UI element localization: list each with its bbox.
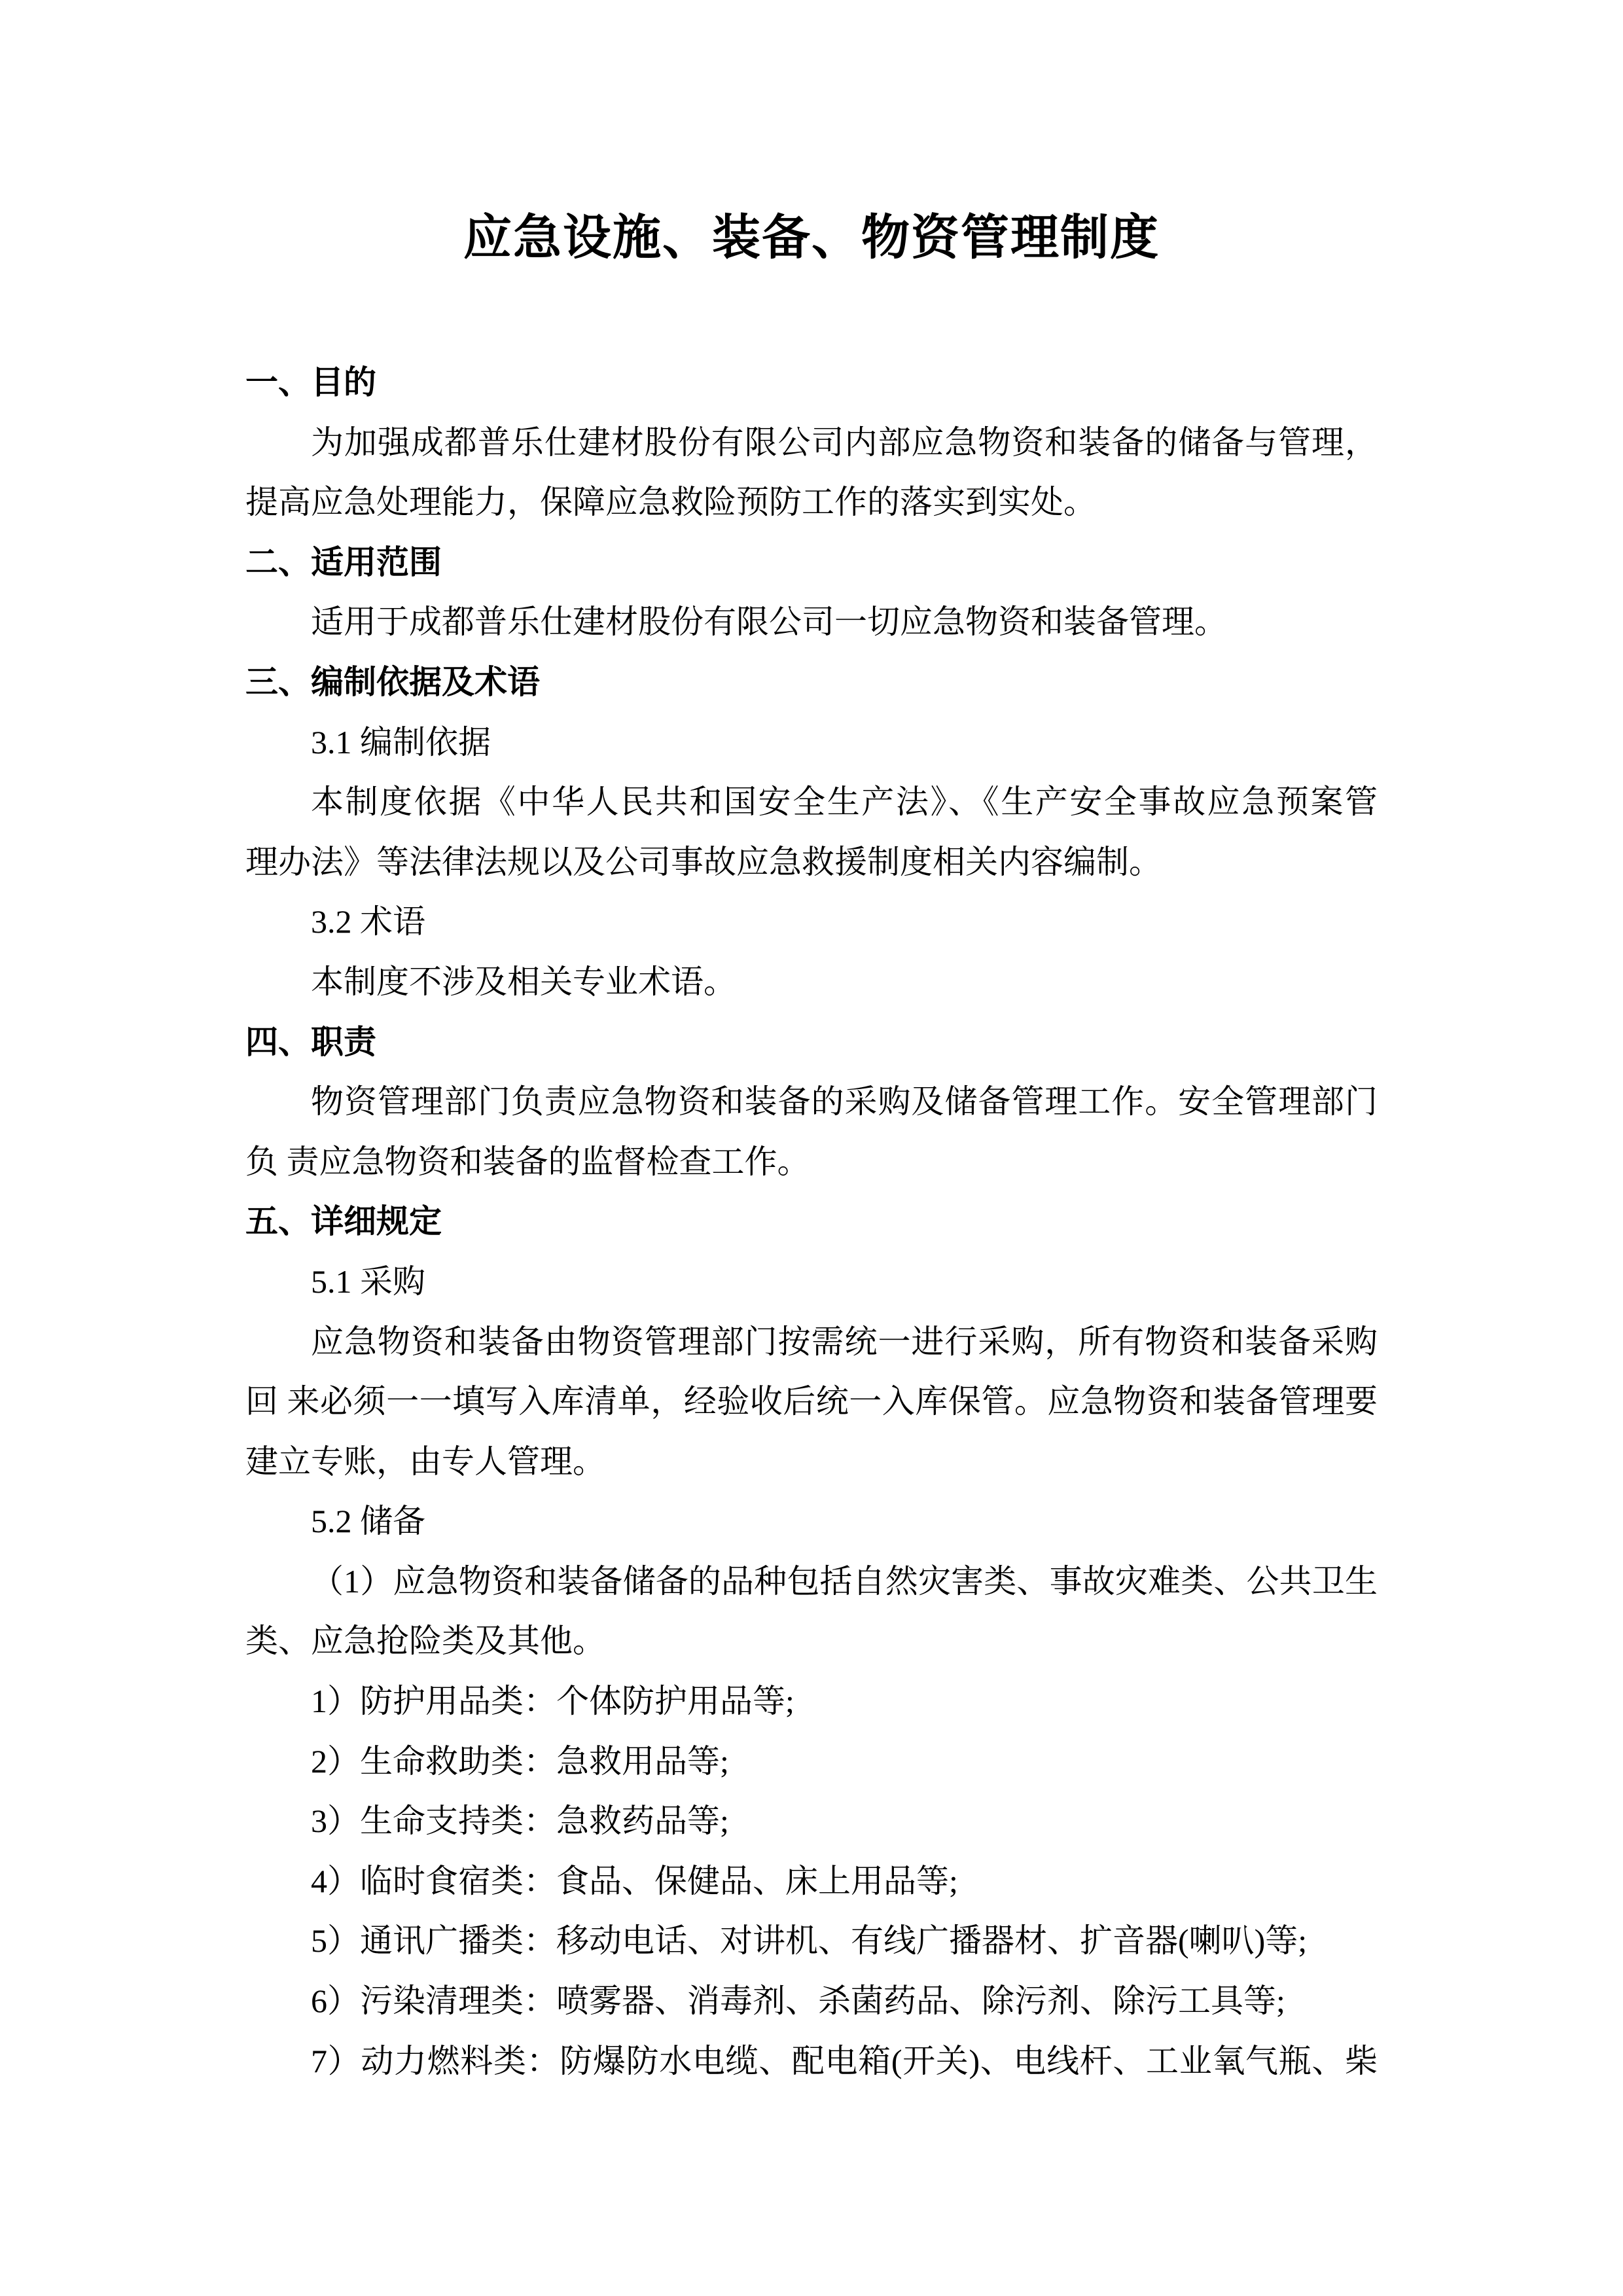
- paragraph-line: 负 责应急物资和装备的监督检查工作。: [245, 1132, 1378, 1193]
- heading-purpose: 一、目的: [245, 353, 1378, 413]
- paragraph-line: 回 来必须一一填写入库清单，经验收后统一入库保管。应急物资和装备管理要: [245, 1372, 1378, 1432]
- heading-basis-and-terms: 三、编制依据及术语: [245, 653, 1378, 713]
- paragraph-line: 本制度依据《中华人民共和国安全生产法》、《生产安全事故应急预案管: [245, 772, 1378, 833]
- heading-responsibilities: 四、职责: [245, 1013, 1378, 1073]
- heading-scope: 二、适用范围: [245, 533, 1378, 593]
- subheading-procurement: 5.1 采购: [245, 1252, 1378, 1312]
- heading-detailed-rules: 五、详细规定: [245, 1192, 1378, 1252]
- paragraph-line: 物资管理部门负责应急物资和装备的采购及储备管理工作。安全管理部门: [245, 1072, 1378, 1132]
- paragraph-line: （1）应急物资和装备储备的品种包括自然灾害类、事故灾难类、公共卫生: [245, 1552, 1378, 1612]
- list-item-life-support: 3）生命支持类：急救药品等;: [245, 1791, 1378, 1852]
- list-item-life-rescue: 2）生命救助类：急救用品等;: [245, 1732, 1378, 1792]
- subheading-terms: 3.2 术语: [245, 892, 1378, 952]
- list-item-protective: 1）防护用品类：个体防护用品等;: [245, 1672, 1378, 1732]
- paragraph-line: 理办法》等法律法规以及公司事故应急救援制度相关内容编制。: [245, 833, 1378, 893]
- doc-body: 一、目的 为加强成都普乐仕建材股份有限公司内部应急物资和装备的储备与管理， 提高…: [245, 353, 1378, 2091]
- paragraph-line: 建立专账，由专人管理。: [245, 1432, 1378, 1492]
- document-page: 应急设施、装备、物资管理制度 一、目的 为加强成都普乐仕建材股份有限公司内部应急…: [0, 0, 1623, 2296]
- paragraph-line: 类、应急抢险类及其他。: [245, 1611, 1378, 1672]
- doc-title: 应急设施、装备、物资管理制度: [0, 208, 1623, 267]
- paragraph-line: 适用于成都普乐仕建材股份有限公司一切应急物资和装备管理。: [245, 592, 1378, 653]
- list-item-communication: 5）通讯广播类：移动电话、对讲机、有线广播器材、扩音器(喇叭)等;: [245, 1911, 1378, 1971]
- paragraph-line: 应急物资和装备由物资管理部门按需统一进行采购，所有物资和装备采购: [245, 1312, 1378, 1372]
- list-item-food-lodging: 4）临时食宿类：食品、保健品、床上用品等;: [245, 1852, 1378, 1912]
- subheading-basis: 3.1 编制依据: [245, 713, 1378, 773]
- paragraph-line: 为加强成都普乐仕建材股份有限公司内部应急物资和装备的储备与管理，: [245, 413, 1378, 473]
- paragraph-line: 本制度不涉及相关专业术语。: [245, 952, 1378, 1013]
- paragraph-line: 提高应急处理能力，保障应急救险预防工作的落实到实处。: [245, 473, 1378, 533]
- list-item-power-fuel: 7）动力燃料类：防爆防水电缆、配电箱(开关)、电线杆、工业氧气瓶、柴: [245, 2032, 1378, 2092]
- list-item-pollution-cleanup: 6）污染清理类：喷雾器、消毒剂、杀菌药品、除污剂、除污工具等;: [245, 1971, 1378, 2032]
- subheading-reserve: 5.2 储备: [245, 1492, 1378, 1552]
